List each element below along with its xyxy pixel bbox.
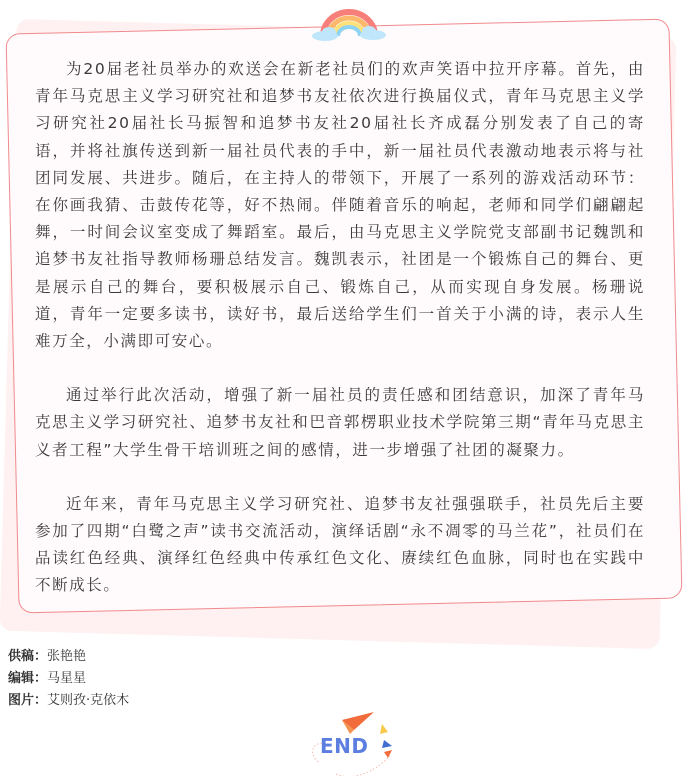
credit-editor: 编辑：马星星 (8, 668, 129, 690)
credit-photo: 图片：艾则孜·克依木 (8, 690, 129, 712)
credit-value: 张艳艳 (47, 649, 86, 664)
article-paragraph: 通过举行此次活动，增强了新一届社员的责任感和团结意识，加深了青年马克思主义学习研… (35, 382, 645, 464)
rainbow-icon (309, 8, 389, 42)
credit-label: 编辑： (8, 671, 47, 686)
credits: 供稿：张艳艳 编辑：马星星 图片：艾则孜·克依木 (8, 646, 129, 712)
credit-value: 艾则孜·克依木 (47, 693, 129, 708)
end-badge: END (306, 710, 396, 776)
credit-label: 图片： (8, 693, 47, 708)
credit-label: 供稿： (8, 649, 47, 664)
credit-value: 马星星 (47, 671, 86, 686)
end-label: END (320, 734, 369, 758)
article-paragraph: 近年来，青年马克思主义学习研究社、追梦书友社强强联手，社员先后主要参加了四期“白… (35, 491, 645, 600)
credit-contributor: 供稿：张艳艳 (8, 646, 129, 668)
article-body: 为20届老社员举办的欢送会在新老社员们的欢声笑语中拉开序幕。首先，由青年马克思主… (35, 56, 645, 627)
article-paragraph: 为20届老社员举办的欢送会在新老社员们的欢声笑语中拉开序幕。首先，由青年马克思主… (35, 56, 645, 355)
